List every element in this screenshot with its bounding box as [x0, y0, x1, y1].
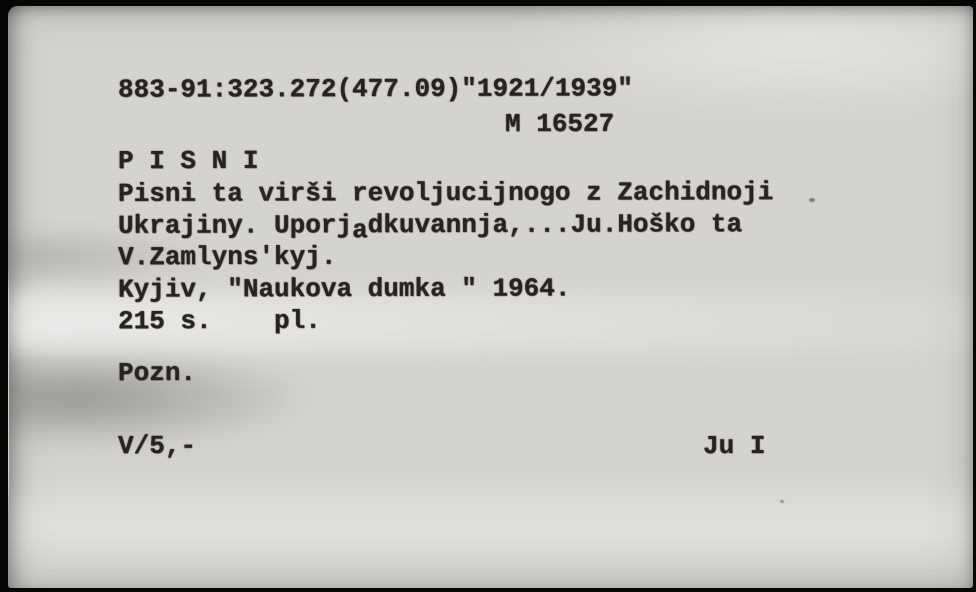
note: Pozn. — [118, 358, 196, 388]
imprint: Kyjiv, "Naukova dumka " 1964. — [118, 273, 571, 304]
title-line-2: Ukrajiny. Uporjadkuvannja,...Ju.Hoško ta — [118, 209, 742, 241]
title-line-1: Pisni ta virši revoljucijnogo z Zachidno… — [118, 177, 773, 209]
call-number: 883-91:323.272(477.09)"1921/1939" — [118, 73, 633, 104]
title-line-2-pre: Ukrajiny. Uporj — [118, 210, 352, 241]
title-line-2-post: dkuvannja,...Ju.Hoško ta — [368, 209, 743, 240]
card-edge-bleed — [8, 268, 9, 520]
ink-speck — [809, 198, 815, 202]
catalog-card: 883-91:323.272(477.09)"1921/1939" M 1652… — [8, 6, 973, 588]
shelf-mark: Ju I — [703, 431, 766, 461]
price: V/5,- — [118, 431, 196, 461]
title-line-2-dropped-letter: a — [352, 215, 368, 245]
heading: P I S N I — [118, 146, 259, 176]
scanned-page: 883-91:323.272(477.09)"1921/1939" M 1652… — [0, 0, 976, 592]
ink-speck — [780, 500, 784, 503]
title-line-3: V.Zamlyns'kyj. — [118, 242, 337, 273]
accession-number: M 16527 — [505, 109, 614, 139]
collation: 215 s. pl. — [118, 306, 321, 337]
